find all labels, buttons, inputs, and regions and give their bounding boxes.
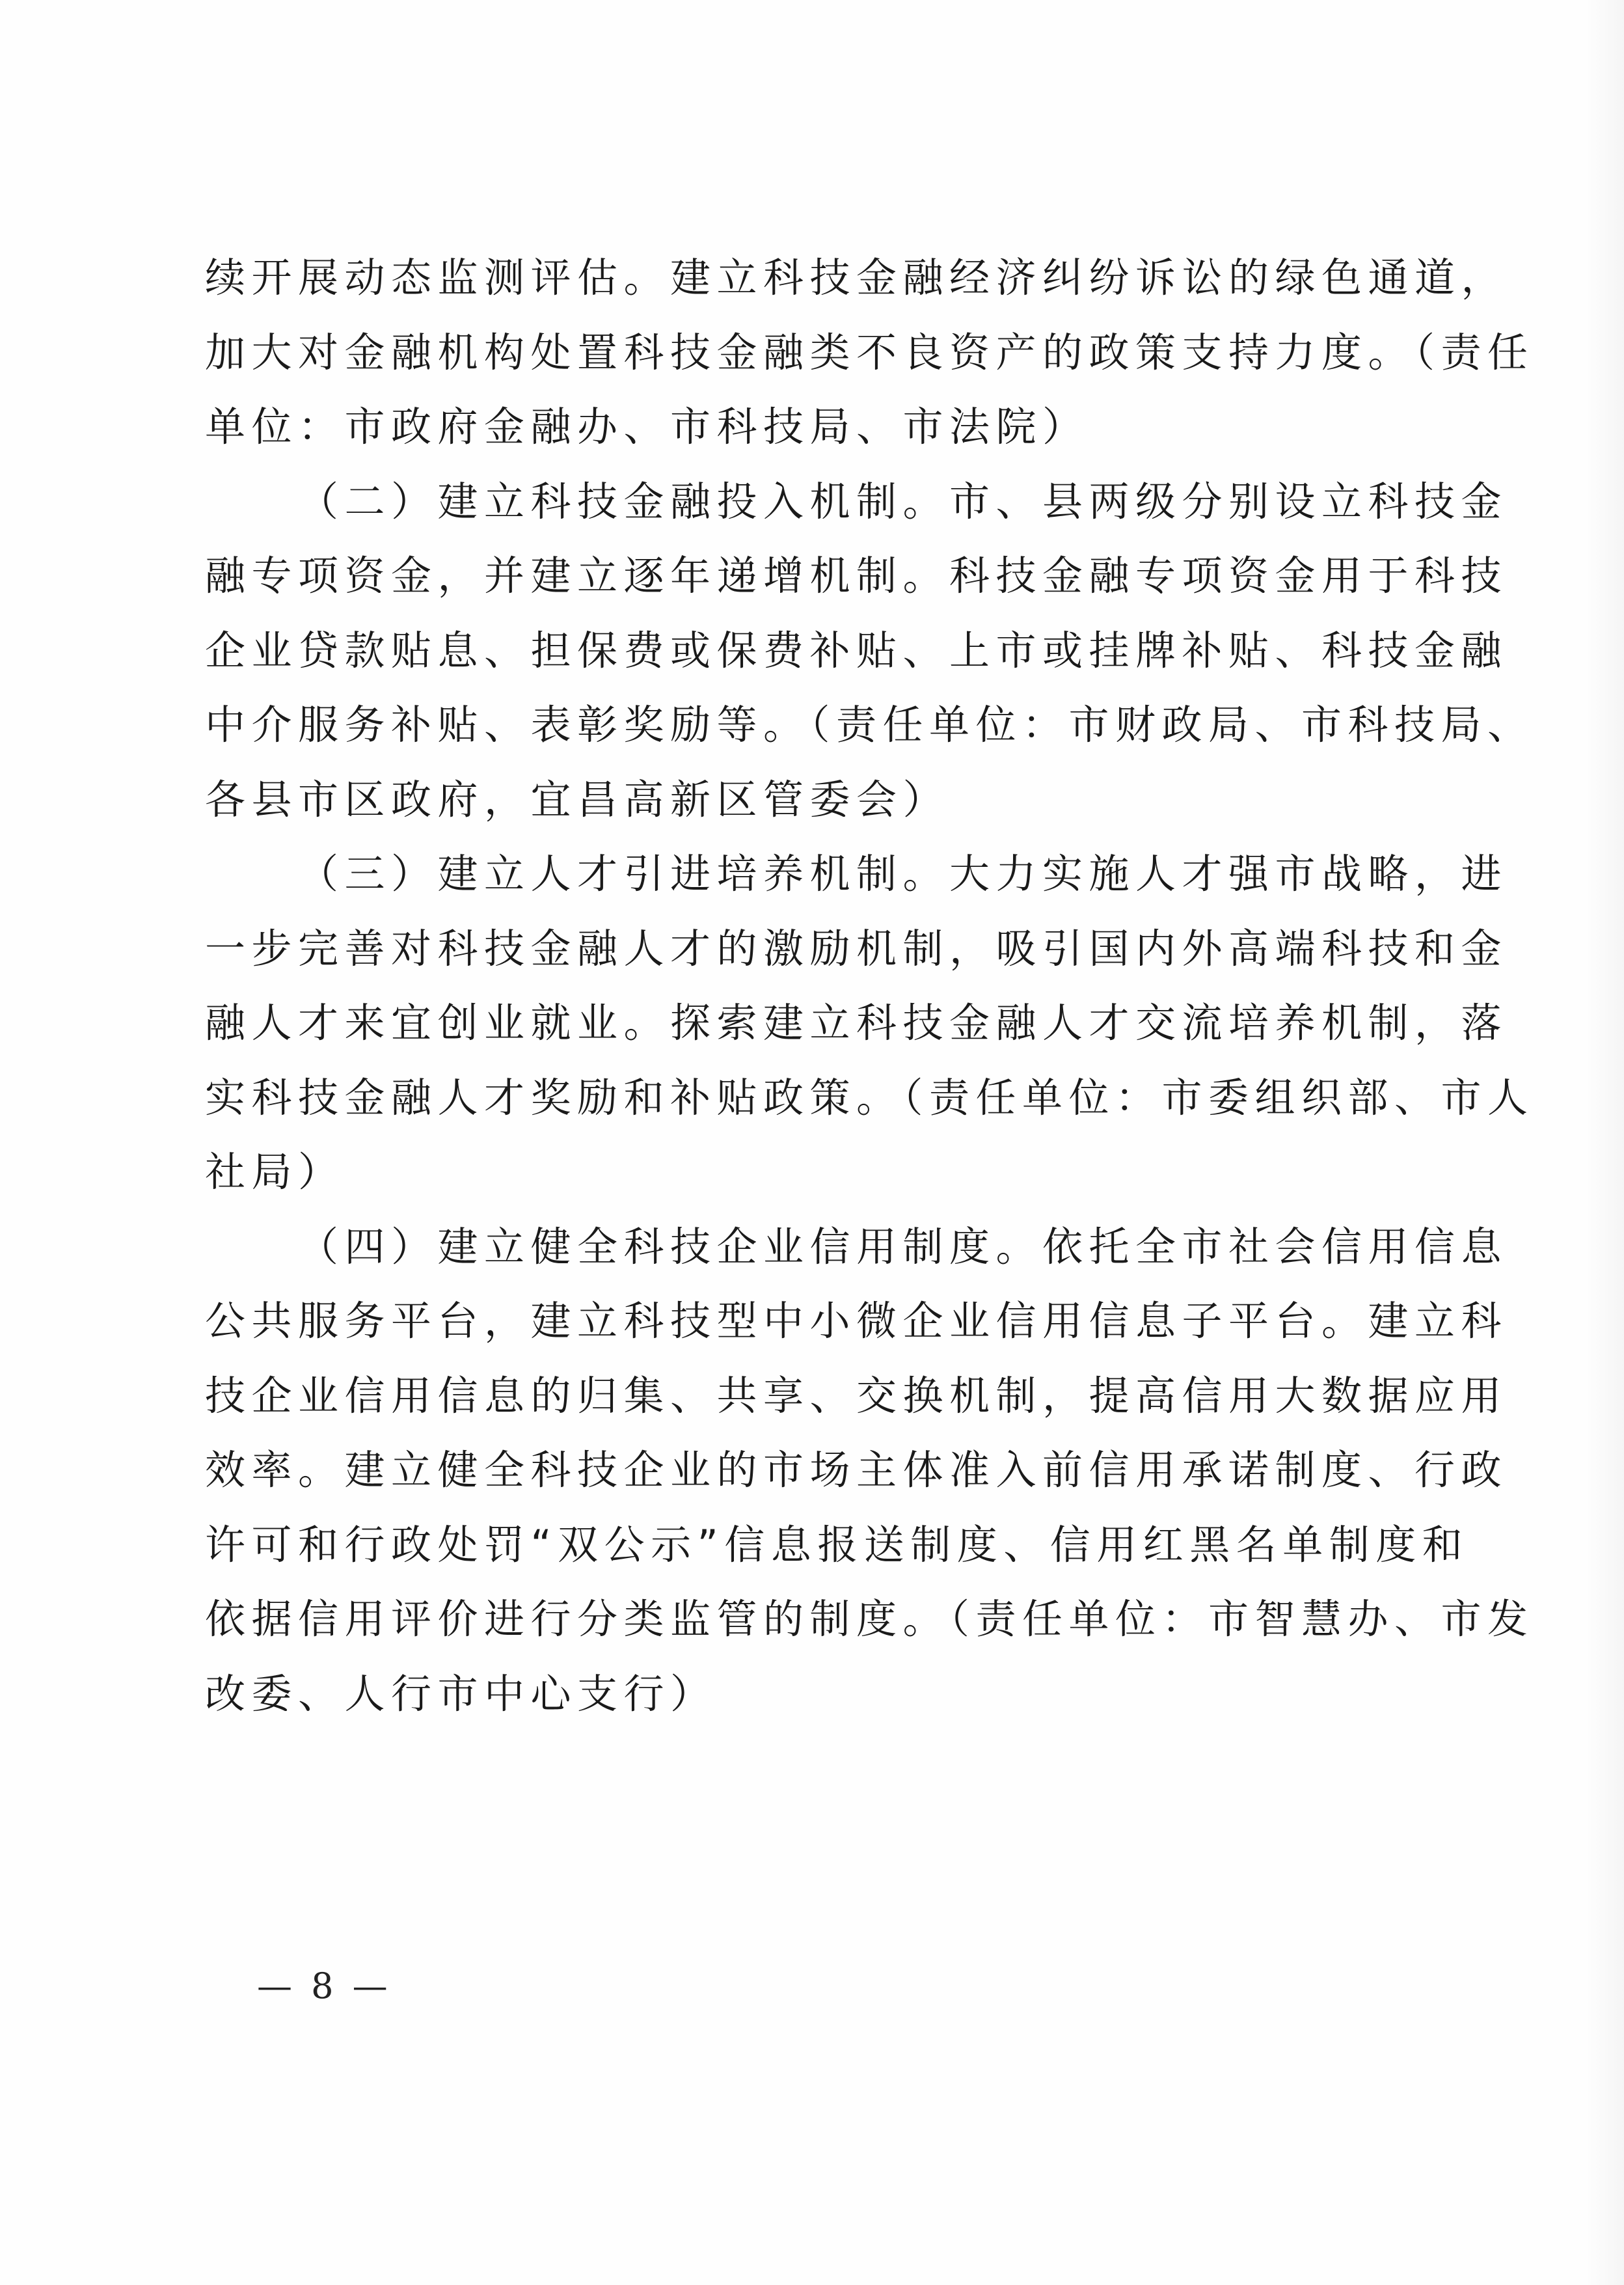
text-line: 实科技金融人才奖励和补贴政策。（责任单位：市委组织部、市人 [205,1061,1396,1136]
page-number: — 8 — [257,1965,392,2006]
text-line: 单位：市政府金融办、市科技局、市法院） [205,390,1396,465]
paragraph-talent-mechanism: （三）建立人才引进培养机制。大力实施人才强市战略，进 一步完善对科技金融人才的激… [205,837,1396,1210]
document-page: 续开展动态监测评估。建立科技金融经济纠纷诉讼的绿色通道， 加大对金融机构处置科技… [0,0,1624,2285]
text-line: （三）建立人才引进培养机制。大力实施人才强市战略，进 [205,837,1396,912]
text-line: 改委、人行市中心支行） [205,1657,1396,1732]
paragraph-investment-mechanism: （二）建立科技金融投入机制。市、县两级分别设立科技金 融专项资金，并建立逐年递增… [205,465,1396,838]
text-line: （四）建立健全科技企业信用制度。依托全市社会信用信息 [205,1210,1396,1285]
paragraph-credit-system: （四）建立健全科技企业信用制度。依托全市社会信用信息 公共服务平台，建立科技型中… [205,1210,1396,1732]
text-line: 效率。建立健全科技企业的市场主体准入前信用承诺制度、行政 [205,1433,1396,1508]
text-line: 公共服务平台，建立科技型中小微企业信用信息子平台。建立科 [205,1284,1396,1359]
text-line: 续开展动态监测评估。建立科技金融经济纠纷诉讼的绿色通道， [205,241,1396,316]
text-line: 融专项资金，并建立逐年递增机制。科技金融专项资金用于科技 [205,539,1396,614]
text-line: 各县市区政府，宜昌高新区管委会） [205,763,1396,838]
paragraph-continuation: 续开展动态监测评估。建立科技金融经济纠纷诉讼的绿色通道， 加大对金融机构处置科技… [205,241,1396,465]
text-line: 中介服务补贴、表彰奖励等。（责任单位：市财政局、市科技局、 [205,688,1396,763]
text-line: （二）建立科技金融投入机制。市、县两级分别设立科技金 [205,465,1396,540]
text-line: 加大对金融机构处置科技金融类不良资产的政策支持力度。（责任 [205,316,1396,390]
text-line: 一步完善对科技金融人才的激励机制，吸引国内外高端科技和金 [205,912,1396,987]
text-line: 企业贷款贴息、担保费或保费补贴、上市或挂牌补贴、科技金融 [205,614,1396,689]
text-line: 许可和行政处罚“双公示”信息报送制度、信用红黑名单制度和 [205,1508,1396,1583]
text-line: 融人才来宜创业就业。探索建立科技金融人才交流培养机制，落 [205,986,1396,1061]
text-line: 社局） [205,1135,1396,1210]
scan-edge-shadow [1585,0,1624,2285]
document-body: 续开展动态监测评估。建立科技金融经济纠纷诉讼的绿色通道， 加大对金融机构处置科技… [205,241,1396,1731]
text-line: 依据信用评价进行分类监管的制度。（责任单位：市智慧办、市发 [205,1582,1396,1657]
text-line: 技企业信用信息的归集、共享、交换机制，提高信用大数据应用 [205,1359,1396,1434]
